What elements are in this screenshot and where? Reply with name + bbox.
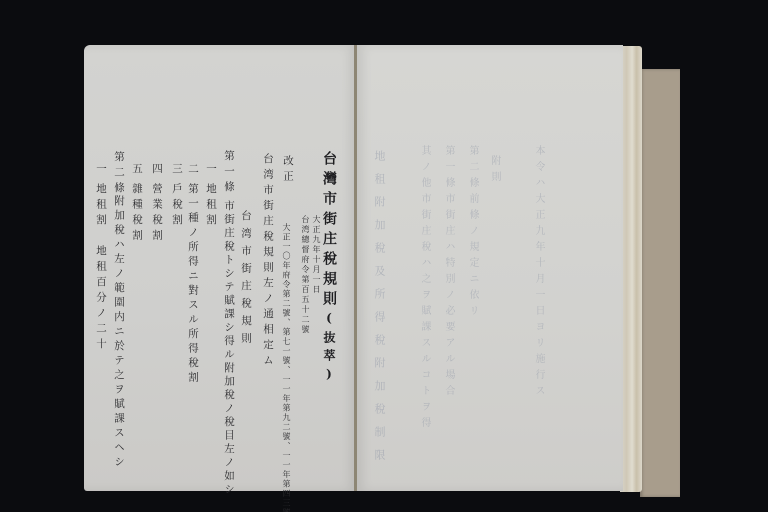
article1-text: 市街庄稅トシテ賦課シ得ル附加稅ノ稅目左ノ如シ <box>222 200 237 497</box>
document-title: 台灣市街庄稅規則(抜萃) <box>319 151 339 387</box>
left-page: 台灣市街庄稅規則(抜萃) 大正九年十月一日 台湾總督府令第百五十二號 改正 大正… <box>84 45 356 491</box>
back-cover-board <box>640 69 680 497</box>
article2-text: 附加稅ハ左ノ範圍内ニ於テ之ヲ賦課スヘシ <box>112 195 127 471</box>
article1-item-text: 營業稅割 <box>150 183 165 245</box>
article1-item-num: 四 <box>150 163 165 179</box>
showthrough-text: 第一條市街庄ハ特別ノ必要アル場合 <box>441 145 456 401</box>
article1-item-num: 三 <box>170 163 185 179</box>
title-note: (抜萃) <box>322 311 336 387</box>
page-edges <box>620 46 642 492</box>
enactment-date: 大正九年十月一日 <box>311 215 322 295</box>
subtitle: 台湾市街庄稅規則 <box>239 210 254 350</box>
article1-heading: 第一條 <box>222 150 237 197</box>
showthrough-text: 附則 <box>487 155 502 187</box>
article1-item-num: 一 <box>204 163 219 179</box>
article1-item-num: 五 <box>130 163 145 179</box>
article2-item-num: 一 <box>94 163 109 179</box>
showthrough-text: 其ノ他市街庄稅ハ之ヲ賦課スルコトヲ得 <box>417 145 432 433</box>
enactment-ordinance: 台湾總督府令第百五十二號 <box>300 215 311 335</box>
article2-item-detail: 地租百分ノ二十 <box>94 245 109 354</box>
showthrough-text: 本令ハ大正九年十月一日ヨリ施行ス <box>531 145 546 401</box>
title-text: 台灣市街庄稅規則 <box>321 151 337 311</box>
article1-item-text: 戶稅割 <box>170 183 185 230</box>
article2-item-text: 地租割 <box>94 183 109 230</box>
showthrough-text: 第二條前條ノ規定ニ依リ <box>465 145 480 321</box>
article1-item-text: 地租割 <box>204 183 219 230</box>
article2-heading: 第二條 <box>112 151 127 198</box>
right-page: 地租附加稅及所得稅附加稅制限 其ノ他市街庄稅ハ之ヲ賦課スルコトヲ得 第一條市街庄… <box>357 45 623 491</box>
article1-item-text: 第一種ノ所得ニ對スル所得稅割 <box>186 183 201 386</box>
amendments-label: 改正 <box>281 155 296 186</box>
showthrough-text: 地租附加稅及所得稅附加稅制限 <box>371 150 387 472</box>
amendments-text: 大正一〇年府令第二號、第七一號、一一年第九二號、一一年第四三號 <box>281 223 292 512</box>
article1-item-text: 雜種稅割 <box>130 183 145 245</box>
preamble: 台湾市街庄稅規則左ノ通相定ム <box>261 153 276 370</box>
article1-item-num: 二 <box>186 163 201 179</box>
